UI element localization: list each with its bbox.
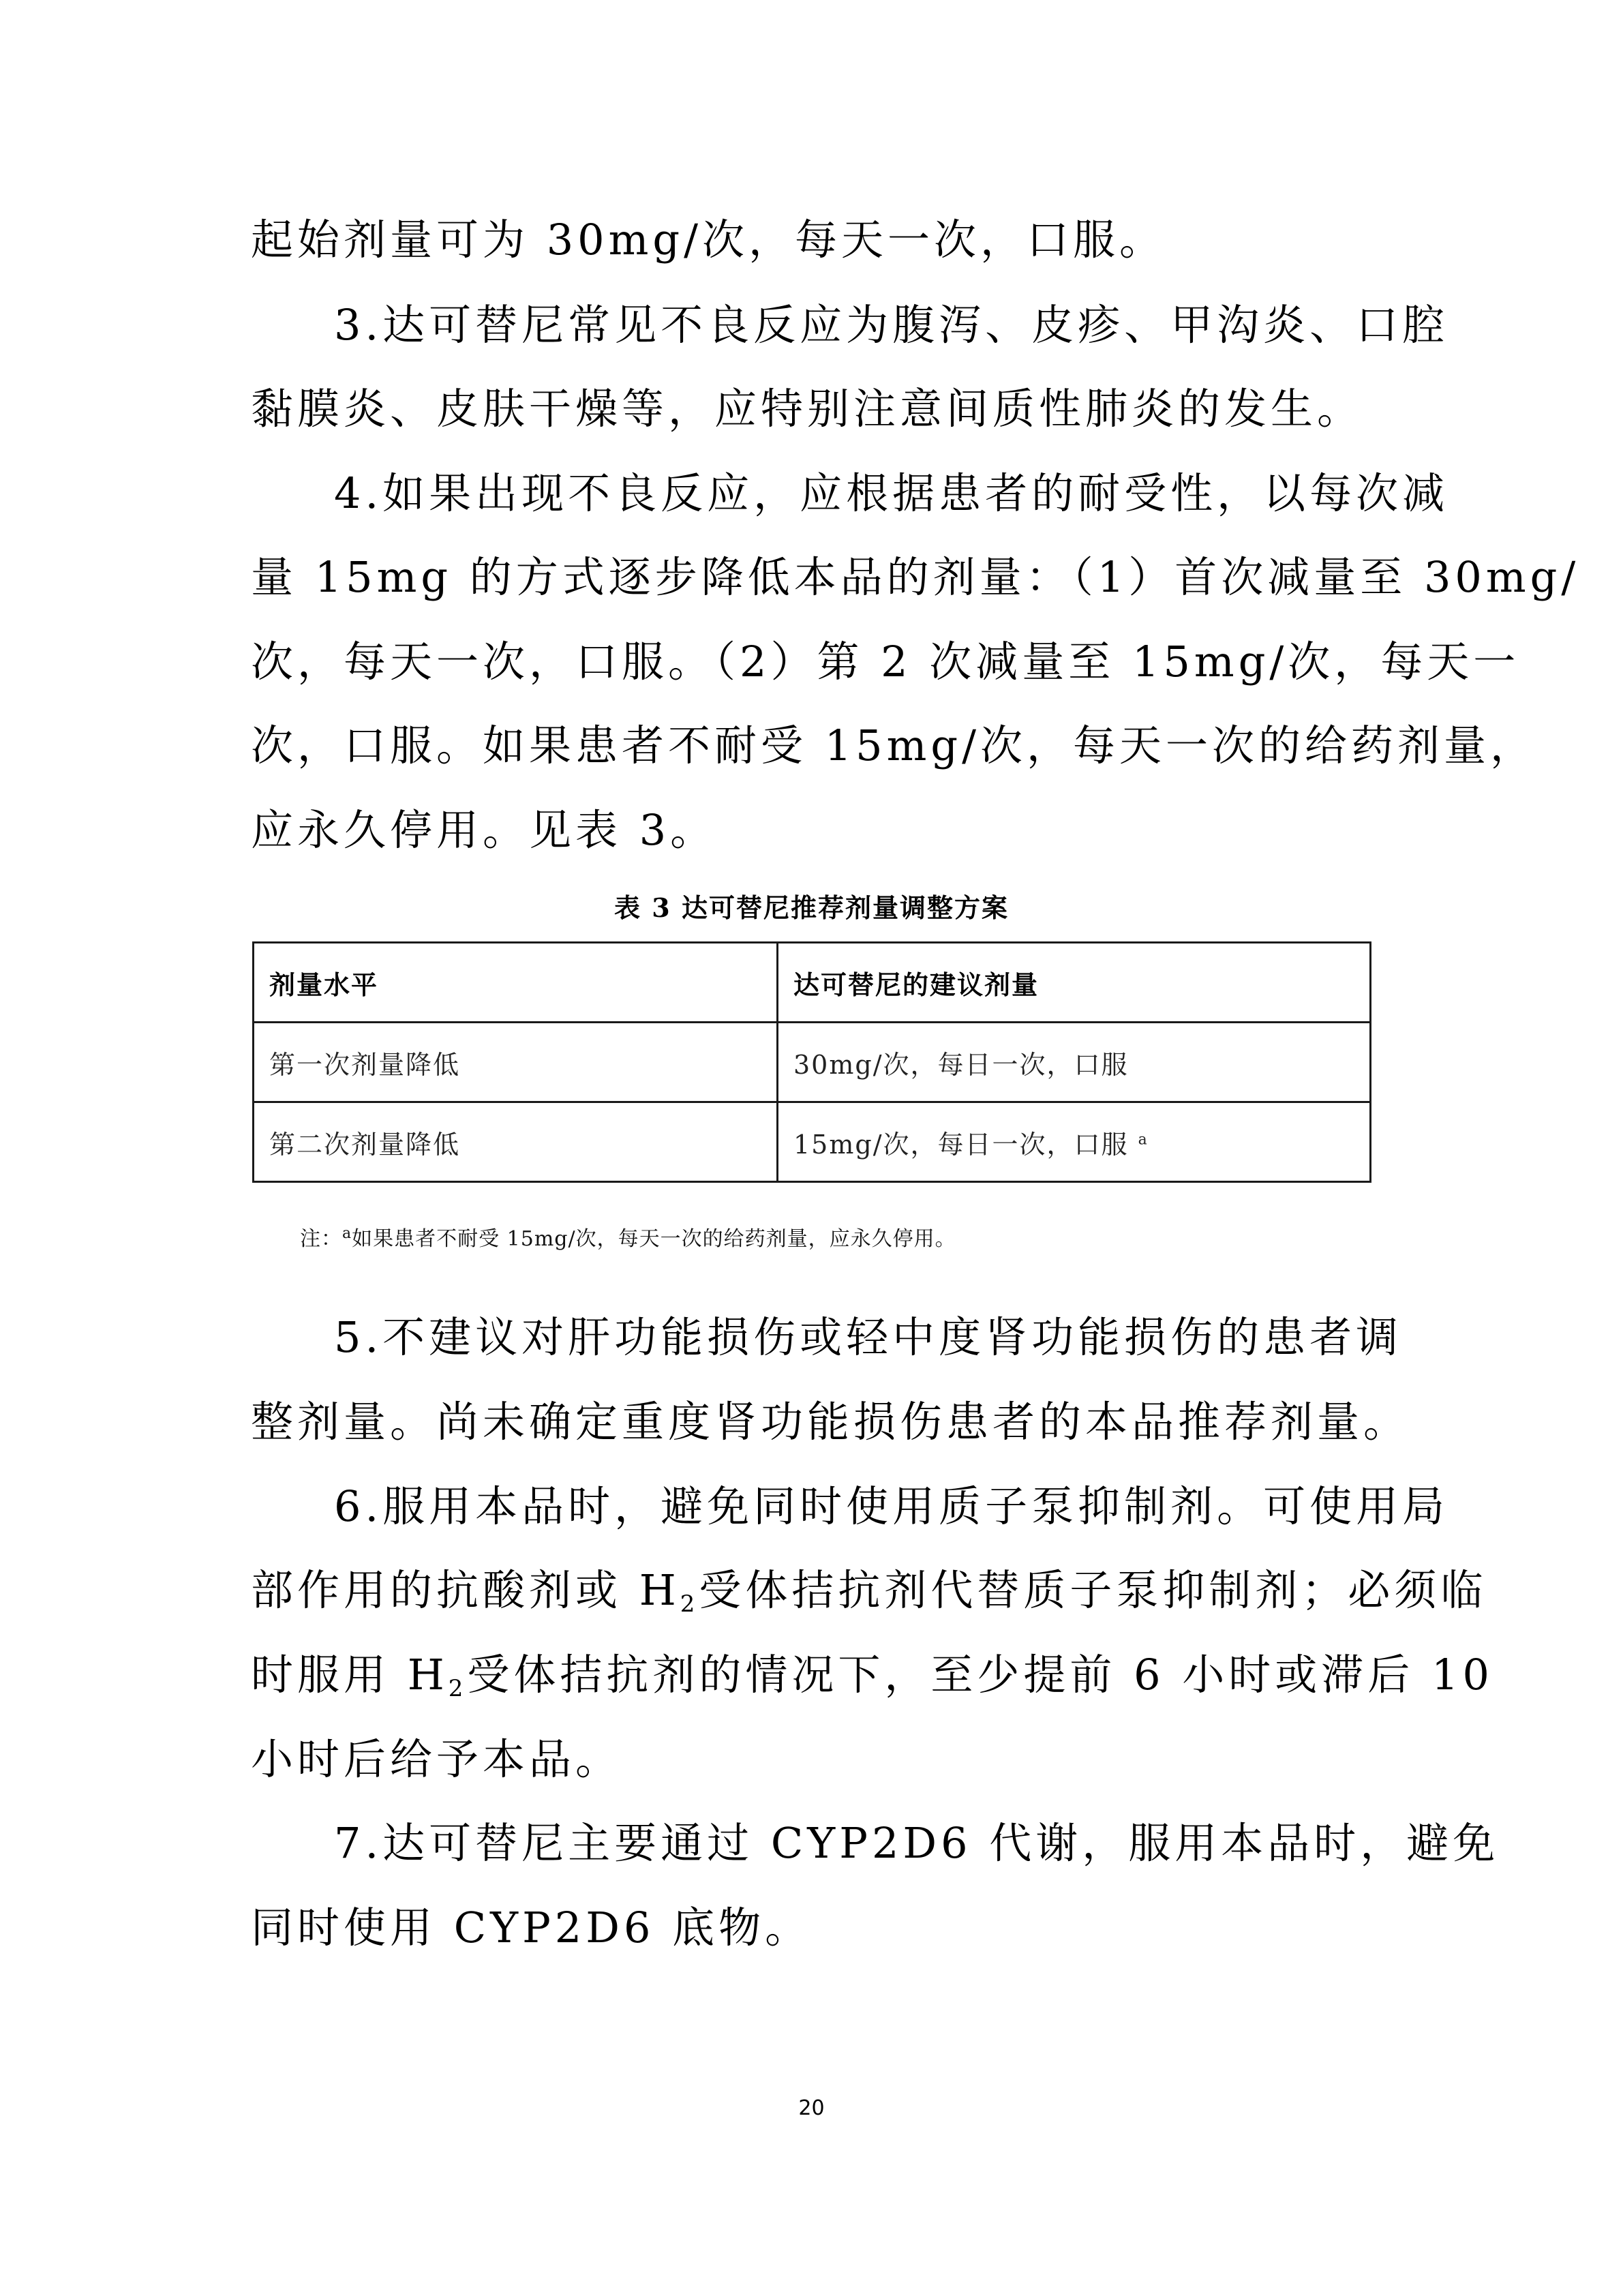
- paragraph-4-line: 量 15mg 的方式逐步降低本品的剂量：（1）首次减量至 30mg/: [251, 550, 1382, 605]
- table-cell-dose: 15mg/次，每日一次，口服 a: [778, 1102, 1371, 1182]
- table-caption: 表 3 达可替尼推荐剂量调整方案: [0, 888, 1623, 928]
- paragraph-6-line: 时服用 H2受体拮抗剂的情况下，至少提前 6 小时或滞后 10: [251, 1648, 1382, 1716]
- paragraph-6-line: 部作用的抗酸剂或 H2受体拮抗剂代替质子泵抑制剂；必须临: [251, 1563, 1382, 1631]
- footnote-marker: a: [342, 1225, 352, 1242]
- table-cell-level: 第二次剂量降低: [254, 1102, 778, 1182]
- dose-text: 30mg/次，每日一次，口服: [793, 1050, 1129, 1080]
- table-cell-level: 第一次剂量降低: [254, 1023, 778, 1102]
- subscript: 2: [449, 1675, 468, 1702]
- paragraph-6-line: 小时后给予本品。: [251, 1732, 1382, 1787]
- table-header-cell: 剂量水平: [254, 943, 778, 1023]
- table-footnote: 注：a如果患者不耐受 15mg/次，每天一次的给药剂量，应永久停用。: [300, 1217, 956, 1256]
- dose-adjustment-table: 剂量水平 达可替尼的建议剂量 第一次剂量降低 30mg/次，每日一次，口服 第二…: [252, 941, 1371, 1183]
- paragraph-7-line: 7.达可替尼主要通过 CYP2D6 代谢，服用本品时，避免: [334, 1816, 1466, 1871]
- subscript: 2: [680, 1590, 699, 1618]
- paragraph-3-line: 3.达可替尼常见不良反应为腹泻、皮疹、甲沟炎、口腔: [334, 298, 1466, 352]
- footnote-marker: a: [1138, 1131, 1149, 1148]
- document-page: 起始剂量可为 30mg/次，每天一次，口服。 3.达可替尼常见不良反应为腹泻、皮…: [0, 0, 1623, 2296]
- table-header-cell: 达可替尼的建议剂量: [778, 943, 1371, 1023]
- dose-text: 15mg/次，每日一次，口服: [793, 1130, 1129, 1160]
- paragraph-4-line: 4.如果出现不良反应，应根据患者的耐受性，以每次减: [334, 466, 1466, 521]
- note-text: 如果患者不耐受 15mg/次，每天一次的给药剂量，应永久停用。: [352, 1227, 956, 1251]
- note-prefix: 注：: [300, 1227, 342, 1251]
- paragraph-line: 起始剂量可为 30mg/次，每天一次，口服。: [251, 213, 1382, 267]
- paragraph-4-line: 应永久停用。见表 3。: [251, 803, 1382, 858]
- table-row: 第一次剂量降低 30mg/次，每日一次，口服: [254, 1023, 1371, 1102]
- paragraph-4-line: 次，每天一次，口服。（2）第 2 次减量至 15mg/次，每天一: [251, 635, 1382, 689]
- paragraph-5-line: 整剂量。尚未确定重度肾功能损伤患者的本品推荐剂量。: [251, 1395, 1382, 1449]
- table-header-row: 剂量水平 达可替尼的建议剂量: [254, 943, 1371, 1023]
- paragraph-7-line: 同时使用 CYP2D6 底物。: [251, 1901, 1382, 1955]
- paragraph-4-line: 次，口服。如果患者不耐受 15mg/次，每天一次的给药剂量，: [251, 719, 1382, 773]
- paragraph-6-line: 6.服用本品时，避免同时使用质子泵抑制剂。可使用局: [334, 1479, 1466, 1534]
- paragraph-3-line: 黏膜炎、皮肤干燥等，应特别注意间质性肺炎的发生。: [251, 382, 1382, 436]
- table-row: 第二次剂量降低 15mg/次，每日一次，口服 a: [254, 1102, 1371, 1182]
- table-cell-dose: 30mg/次，每日一次，口服: [778, 1023, 1371, 1102]
- page-number: 20: [0, 2096, 1623, 2120]
- paragraph-5-line: 5.不建议对肝功能损伤或轻中度肾功能损伤的患者调: [334, 1310, 1466, 1365]
